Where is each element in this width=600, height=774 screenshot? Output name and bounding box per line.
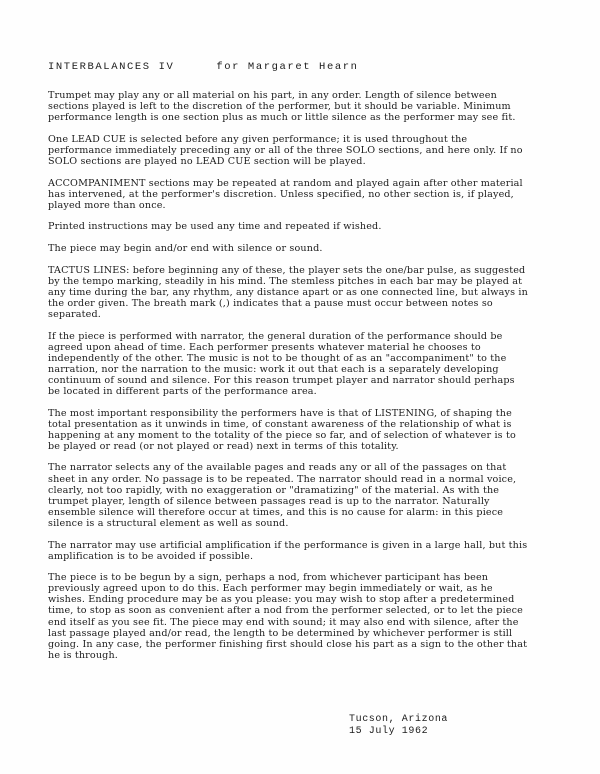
signature-block: Tucson, Arizona 15 July 1962 — [349, 714, 448, 738]
paragraph-amplification: The narrator may use artificial amplific… — [48, 540, 528, 562]
paragraph-lead-cue: One LEAD CUE is selected before any give… — [48, 134, 528, 167]
paragraph-accompaniment: ACCOMPANIMENT sections may be repeated a… — [48, 178, 528, 211]
paragraph-listening: The most important responsibility the pe… — [48, 408, 528, 452]
dedication: for Margaret Hearn — [216, 61, 358, 73]
document-header: INTERBALANCES IV for Margaret Hearn — [48, 61, 359, 73]
signature-place: Tucson, Arizona — [349, 714, 448, 726]
paragraph-begin-procedure: The piece is to be begun by a sign, perh… — [48, 572, 528, 661]
instructions-body: Trumpet may play any or all material on … — [48, 90, 528, 671]
paragraph-narrator-duration: If the piece is performed with narrator,… — [48, 331, 528, 398]
signature-date: 15 July 1962 — [349, 726, 448, 738]
piece-title: INTERBALANCES IV — [48, 61, 174, 73]
paragraph-begin-end: The piece may begin and/or end with sile… — [48, 243, 528, 254]
document-page: INTERBALANCES IV for Margaret Hearn Trum… — [0, 0, 600, 774]
paragraph-trumpet-material: Trumpet may play any or all material on … — [48, 90, 528, 123]
paragraph-narrator-selection: The narrator selects any of the availabl… — [48, 462, 528, 529]
paragraph-tactus-lines: TACTUS LINES: before beginning any of th… — [48, 265, 528, 320]
paragraph-printed-instructions: Printed instructions may be used any tim… — [48, 221, 528, 232]
